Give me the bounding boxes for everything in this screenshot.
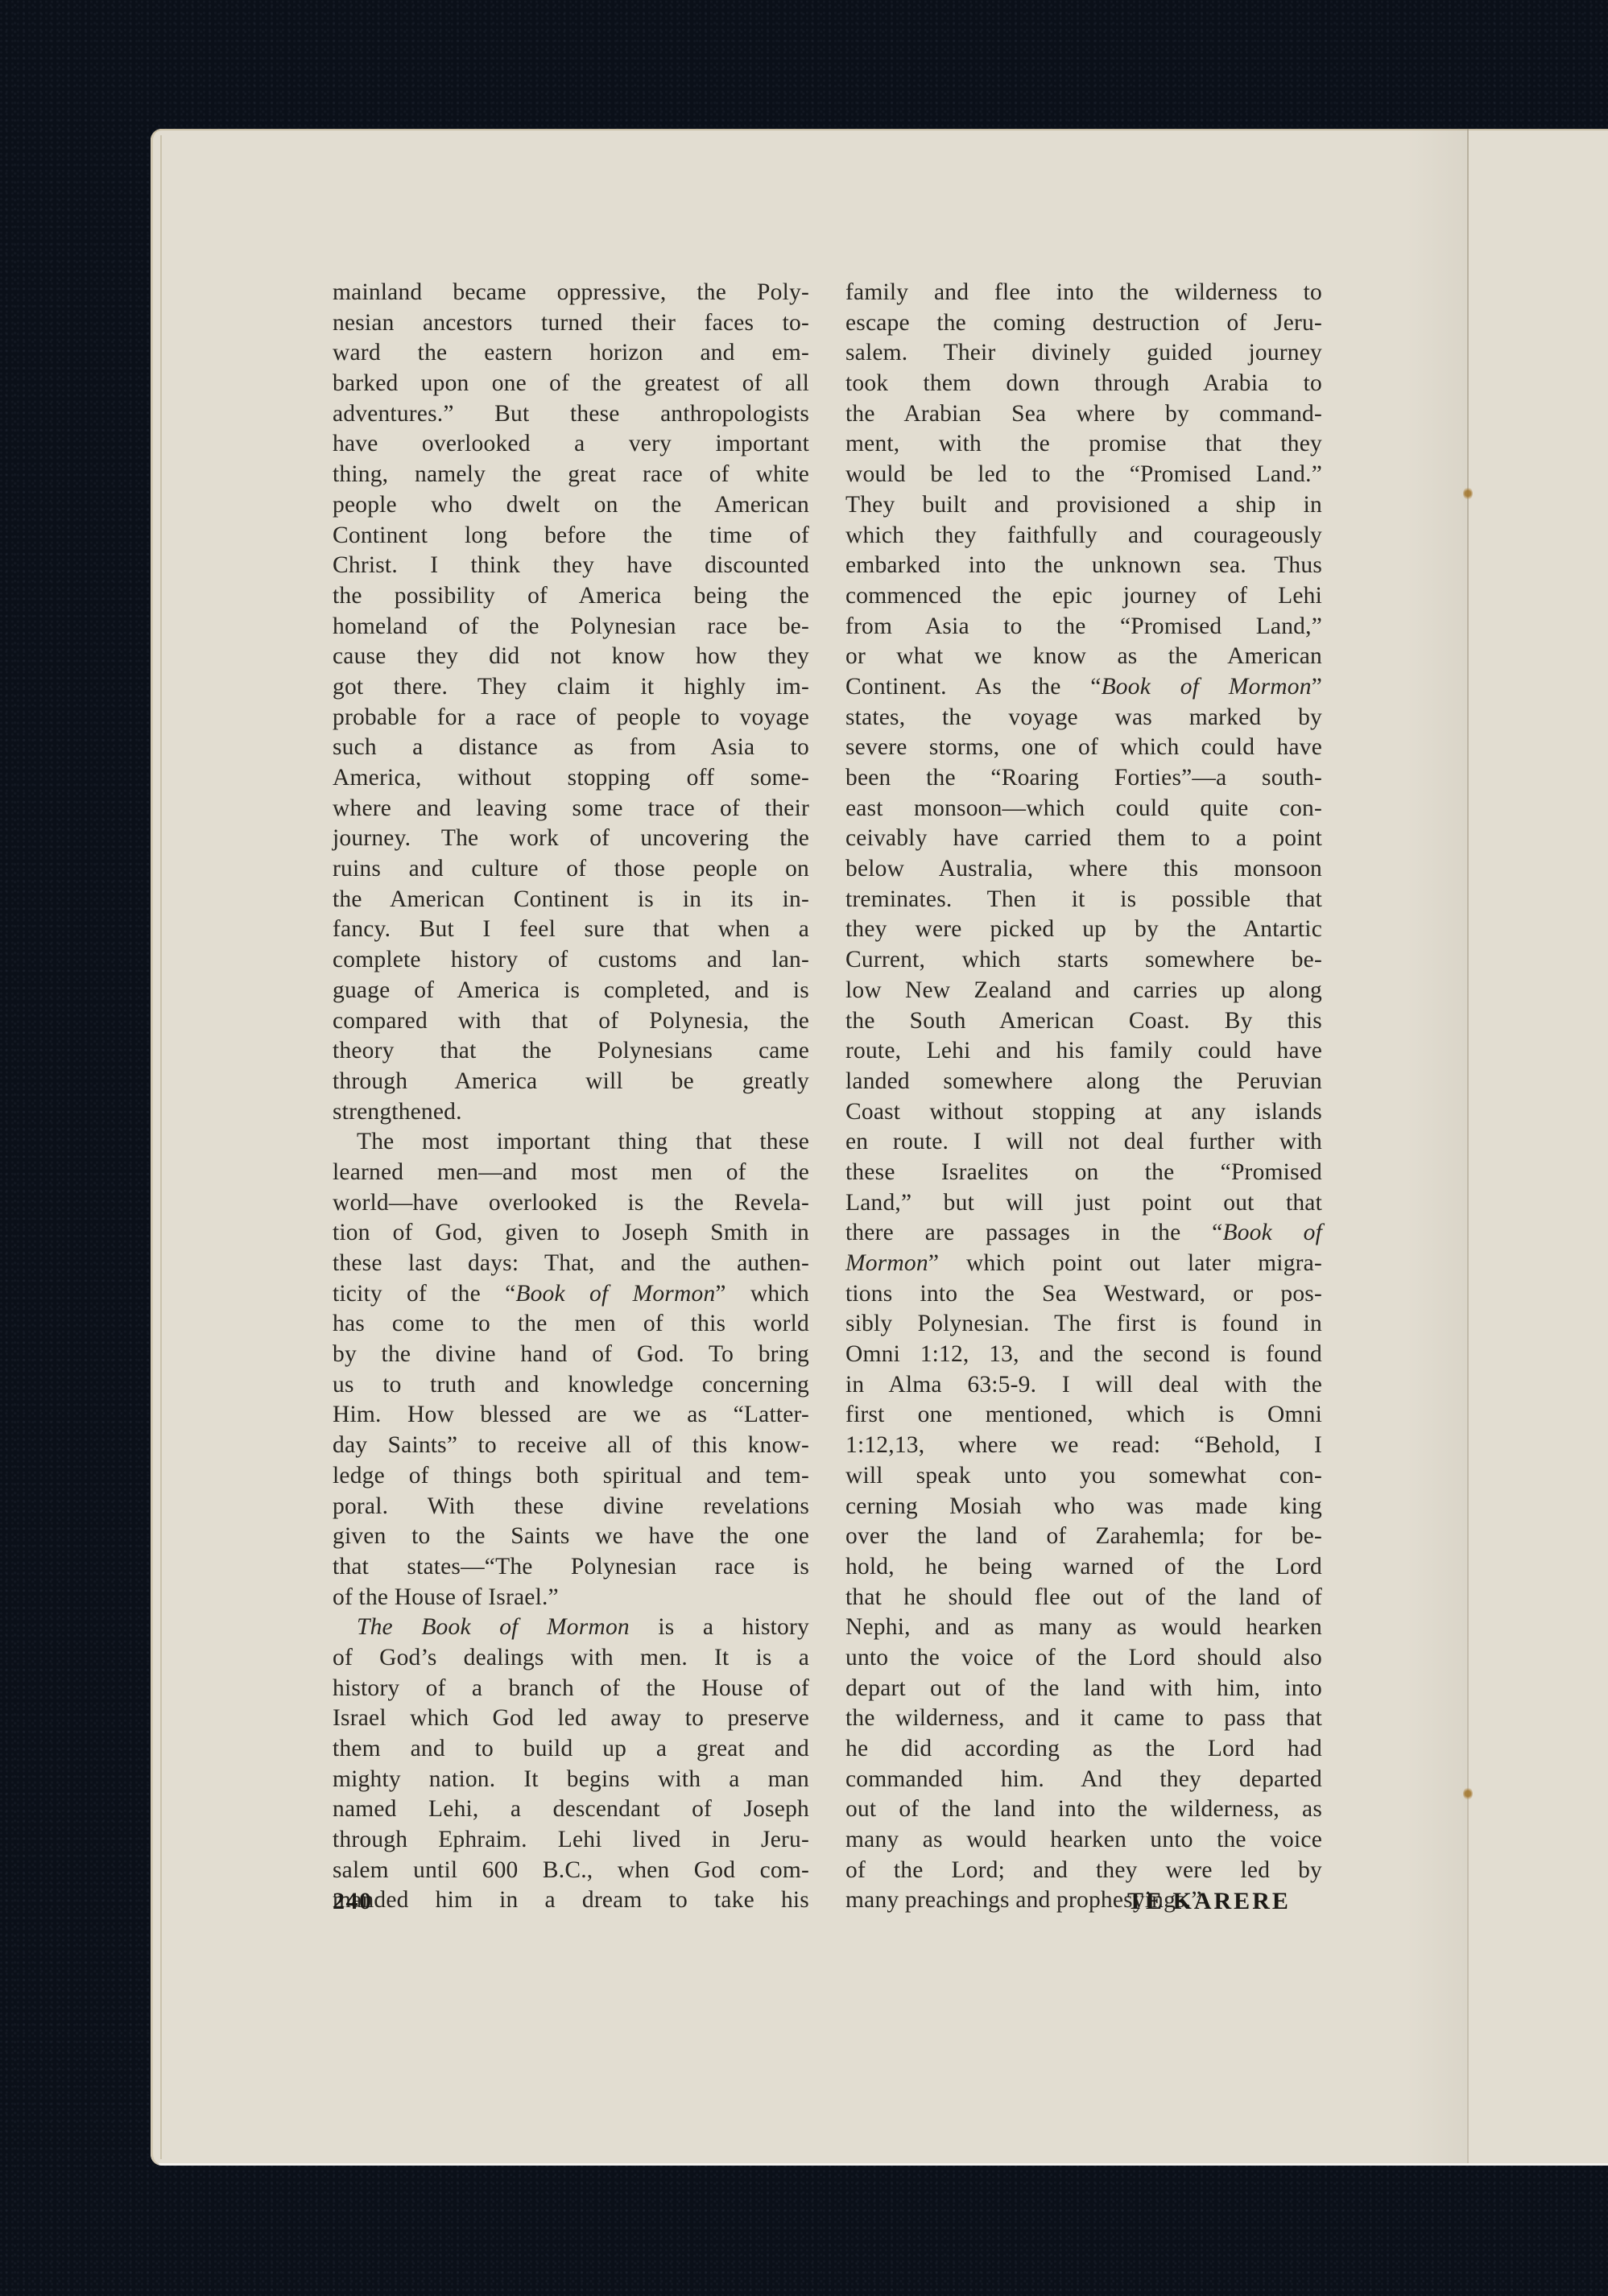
italic-title: Mormon [845,1250,928,1276]
text-line: of the House of Israel.” [333,1583,809,1613]
text-line: that he should flee out of the land of [845,1583,1322,1613]
text-segment: ” which point out later migra- [928,1250,1322,1276]
text-line: Omni 1:12, 13, and the second is found [845,1340,1322,1370]
italic-title: Book of Mormon [515,1281,715,1307]
text-line: America, without stopping off some- [333,763,809,794]
text-line: through Ephraim. Lehi lived in Jeru- [333,1825,809,1856]
text-line: has come to the men of this world [333,1309,809,1340]
text-line: thing, namely the great race of white [333,460,809,490]
text-line: learned men—and most men of the [333,1158,809,1188]
staple-rust-stain [1463,1787,1473,1800]
text-line: have overlooked a very important [333,429,809,460]
text-line: commanded him. And they departed [845,1765,1322,1795]
text-line: Continent long before the time of [333,521,809,551]
text-line: which they faithfully and courageously [845,521,1322,551]
text-line: treminates. Then it is possible that [845,885,1322,915]
text-line: first one mentioned, which is Omni [845,1400,1322,1431]
staple-rust-stain [1463,487,1473,500]
text-line: severe storms, one of which could have [845,733,1322,763]
text-line: these last days: That, and the authen- [333,1249,809,1279]
text-line: day Saints” to receive all of this know- [333,1431,809,1461]
text-line: hold, he being warned of the Lord [845,1552,1322,1583]
magazine-page: mainland became oppressive, the Poly-nes… [151,129,1608,2166]
text-line: named Lehi, a descendant of Joseph [333,1794,809,1825]
text-line: through America will be greatly [333,1067,809,1097]
text-line: people who dwelt on the American [333,490,809,521]
text-line: ruins and culture of those people on [333,854,809,885]
text-line: ment, with the promise that they [845,429,1322,460]
text-line: given to the Saints we have the one [333,1522,809,1552]
text-line: history of a branch of the House of [333,1674,809,1704]
text-line: barked upon one of the greatest of all [333,369,809,399]
text-segment: ” which [715,1281,809,1307]
text-line: journey. The work of uncovering the [333,824,809,854]
text-line: the South American Coast. By this [845,1006,1322,1037]
text-line: Nephi, and as many as would hearken [845,1613,1322,1643]
text-line: these Israelites on the “Promised [845,1158,1322,1188]
text-line: been the “Roaring Forties”—a south- [845,763,1322,794]
italic-title: Book of [1222,1220,1322,1245]
text-line: mainland became oppressive, the Poly- [333,278,809,308]
text-line: escape the coming destruction of Jeru- [845,308,1322,339]
text-line: theory that the Polynesians came [333,1036,809,1067]
text-line: fancy. But I feel sure that when a [333,915,809,945]
text-line: 1:12,13, where we read: “Behold, I [845,1431,1322,1461]
text-line: or what we know as the American [845,642,1322,672]
text-line: family and flee into the wilderness to [845,278,1322,308]
text-segment: ” [1312,674,1322,700]
text-line: sibly Polynesian. The first is found in [845,1309,1322,1340]
text-line: over the land of Zarahemla; for be- [845,1522,1322,1552]
text-line: probable for a race of people to voyage [333,703,809,733]
text-line: Coast without stopping at any islands [845,1097,1322,1128]
text-line: there are passages in the “Book of [845,1218,1322,1249]
left-text-column: mainland became oppressive, the Poly-nes… [333,278,809,1916]
page-edge [159,2163,1608,2166]
text-line: them and to build up a great and [333,1734,809,1765]
text-line: landed somewhere along the Peruvian [845,1067,1322,1097]
text-line: would be led to the “Promised Land.” [845,460,1322,490]
text-line: salem. Their divinely guided journey [845,338,1322,369]
text-line: depart out of the land with him, into [845,1674,1322,1704]
text-line: Christ. I think they have discounted [333,551,809,581]
text-line: Israel which God led away to preserve [333,1703,809,1734]
text-line: they were picked up by the Antartic [845,915,1322,945]
text-line: east monsoon—which could quite con- [845,794,1322,824]
text-line: cerning Mosiah who was made king [845,1492,1322,1522]
text-line: poral. With these divine revelations [333,1492,809,1522]
text-line: many as would hearken unto the voice [845,1825,1322,1856]
text-line: the Arabian Sea where by command- [845,399,1322,430]
spine-shadow [1407,129,1467,2166]
text-line: such a distance as from Asia to [333,733,809,763]
text-line: ward the eastern horizon and em- [333,338,809,369]
text-line: low New Zealand and carries up along [845,976,1322,1006]
text-line: The Book of Mormon is a history [333,1613,809,1643]
text-line: states, the voyage was marked by [845,703,1322,733]
text-line: nesian ancestors turned their faces to- [333,308,809,339]
text-line: us to truth and knowledge concerning [333,1370,809,1401]
text-line: in Alma 63:5-9. I will deal with the [845,1370,1322,1401]
text-line: he did according as the Lord had [845,1734,1322,1765]
italic-title: The Book of Mormon [357,1614,630,1640]
text-line: ledge of things both spiritual and tem- [333,1461,809,1492]
text-line: of the Lord; and they were led by [845,1856,1322,1886]
text-line: tion of God, given to Joseph Smith in [333,1218,809,1249]
text-segment: there are passages in the “ [845,1220,1222,1245]
text-line: tions into the Sea Westward, or pos- [845,1279,1322,1310]
text-line: Him. How blessed are we as “Latter- [333,1400,809,1431]
text-line: embarked into the unknown sea. Thus [845,551,1322,581]
text-line: Current, which starts somewhere be- [845,945,1322,976]
text-line: manded him in a dream to take his [333,1885,809,1916]
text-line: commenced the epic journey of Lehi [845,581,1322,612]
text-segment: is a history [630,1614,809,1640]
text-line: Continent. As the “Book of Mormon” [845,672,1322,703]
text-line: by the divine hand of God. To bring [333,1340,809,1370]
text-line: Land,” but will just point out that [845,1188,1322,1219]
text-line: ceivably have carried them to a point [845,824,1322,854]
text-line: unto the voice of the Lord should also [845,1643,1322,1674]
text-line: Mormon” which point out later migra- [845,1249,1322,1279]
spine-fold [1467,129,1469,2166]
text-segment: ticity of the “ [333,1281,515,1307]
text-line: The most important thing that these [333,1127,809,1158]
text-line: complete history of customs and lan- [333,945,809,976]
text-line: of God’s dealings with men. It is a [333,1643,809,1674]
text-line: that states—“The Polynesian race is [333,1552,809,1583]
text-line: salem until 600 B.C., when God com- [333,1856,809,1886]
text-line: the wilderness, and it came to pass that [845,1703,1322,1734]
text-line: will speak unto you somewhat con- [845,1461,1322,1492]
text-line: strengthened. [333,1097,809,1128]
text-line: the American Continent is in its in- [333,885,809,915]
text-line: homeland of the Polynesian race be- [333,612,809,642]
text-line: got there. They claim it highly im- [333,672,809,703]
text-line: guage of America is completed, and is [333,976,809,1006]
text-line: below Australia, where this monsoon [845,854,1322,885]
text-line: compared with that of Polynesia, the [333,1006,809,1037]
text-segment: Continent. As the “ [845,674,1102,700]
text-line: en route. I will not deal further with [845,1127,1322,1158]
text-line: from Asia to the “Promised Land,” [845,612,1322,642]
text-line: mighty nation. It begins with a man [333,1765,809,1795]
text-line: out of the land into the wilderness, as [845,1794,1322,1825]
right-text-column: family and flee into the wilderness toes… [845,278,1322,1916]
text-line: took them down through Arabia to [845,369,1322,399]
italic-title: Book of Mormon [1102,674,1312,700]
publication-title: TE KARERE [1127,1888,1291,1915]
text-line: the possibility of America being the [333,581,809,612]
text-line: route, Lehi and his family could have [845,1036,1322,1067]
text-line: ticity of the “Book of Mormon” which [333,1279,809,1310]
text-line: They built and provisioned a ship in [845,490,1322,521]
text-line: cause they did not know how they [333,642,809,672]
text-line: where and leaving some trace of their [333,794,809,824]
text-line: adventures.” But these anthropologists [333,399,809,430]
text-line: world—have overlooked is the Revela- [333,1188,809,1219]
page-number: 240 [333,1888,373,1915]
